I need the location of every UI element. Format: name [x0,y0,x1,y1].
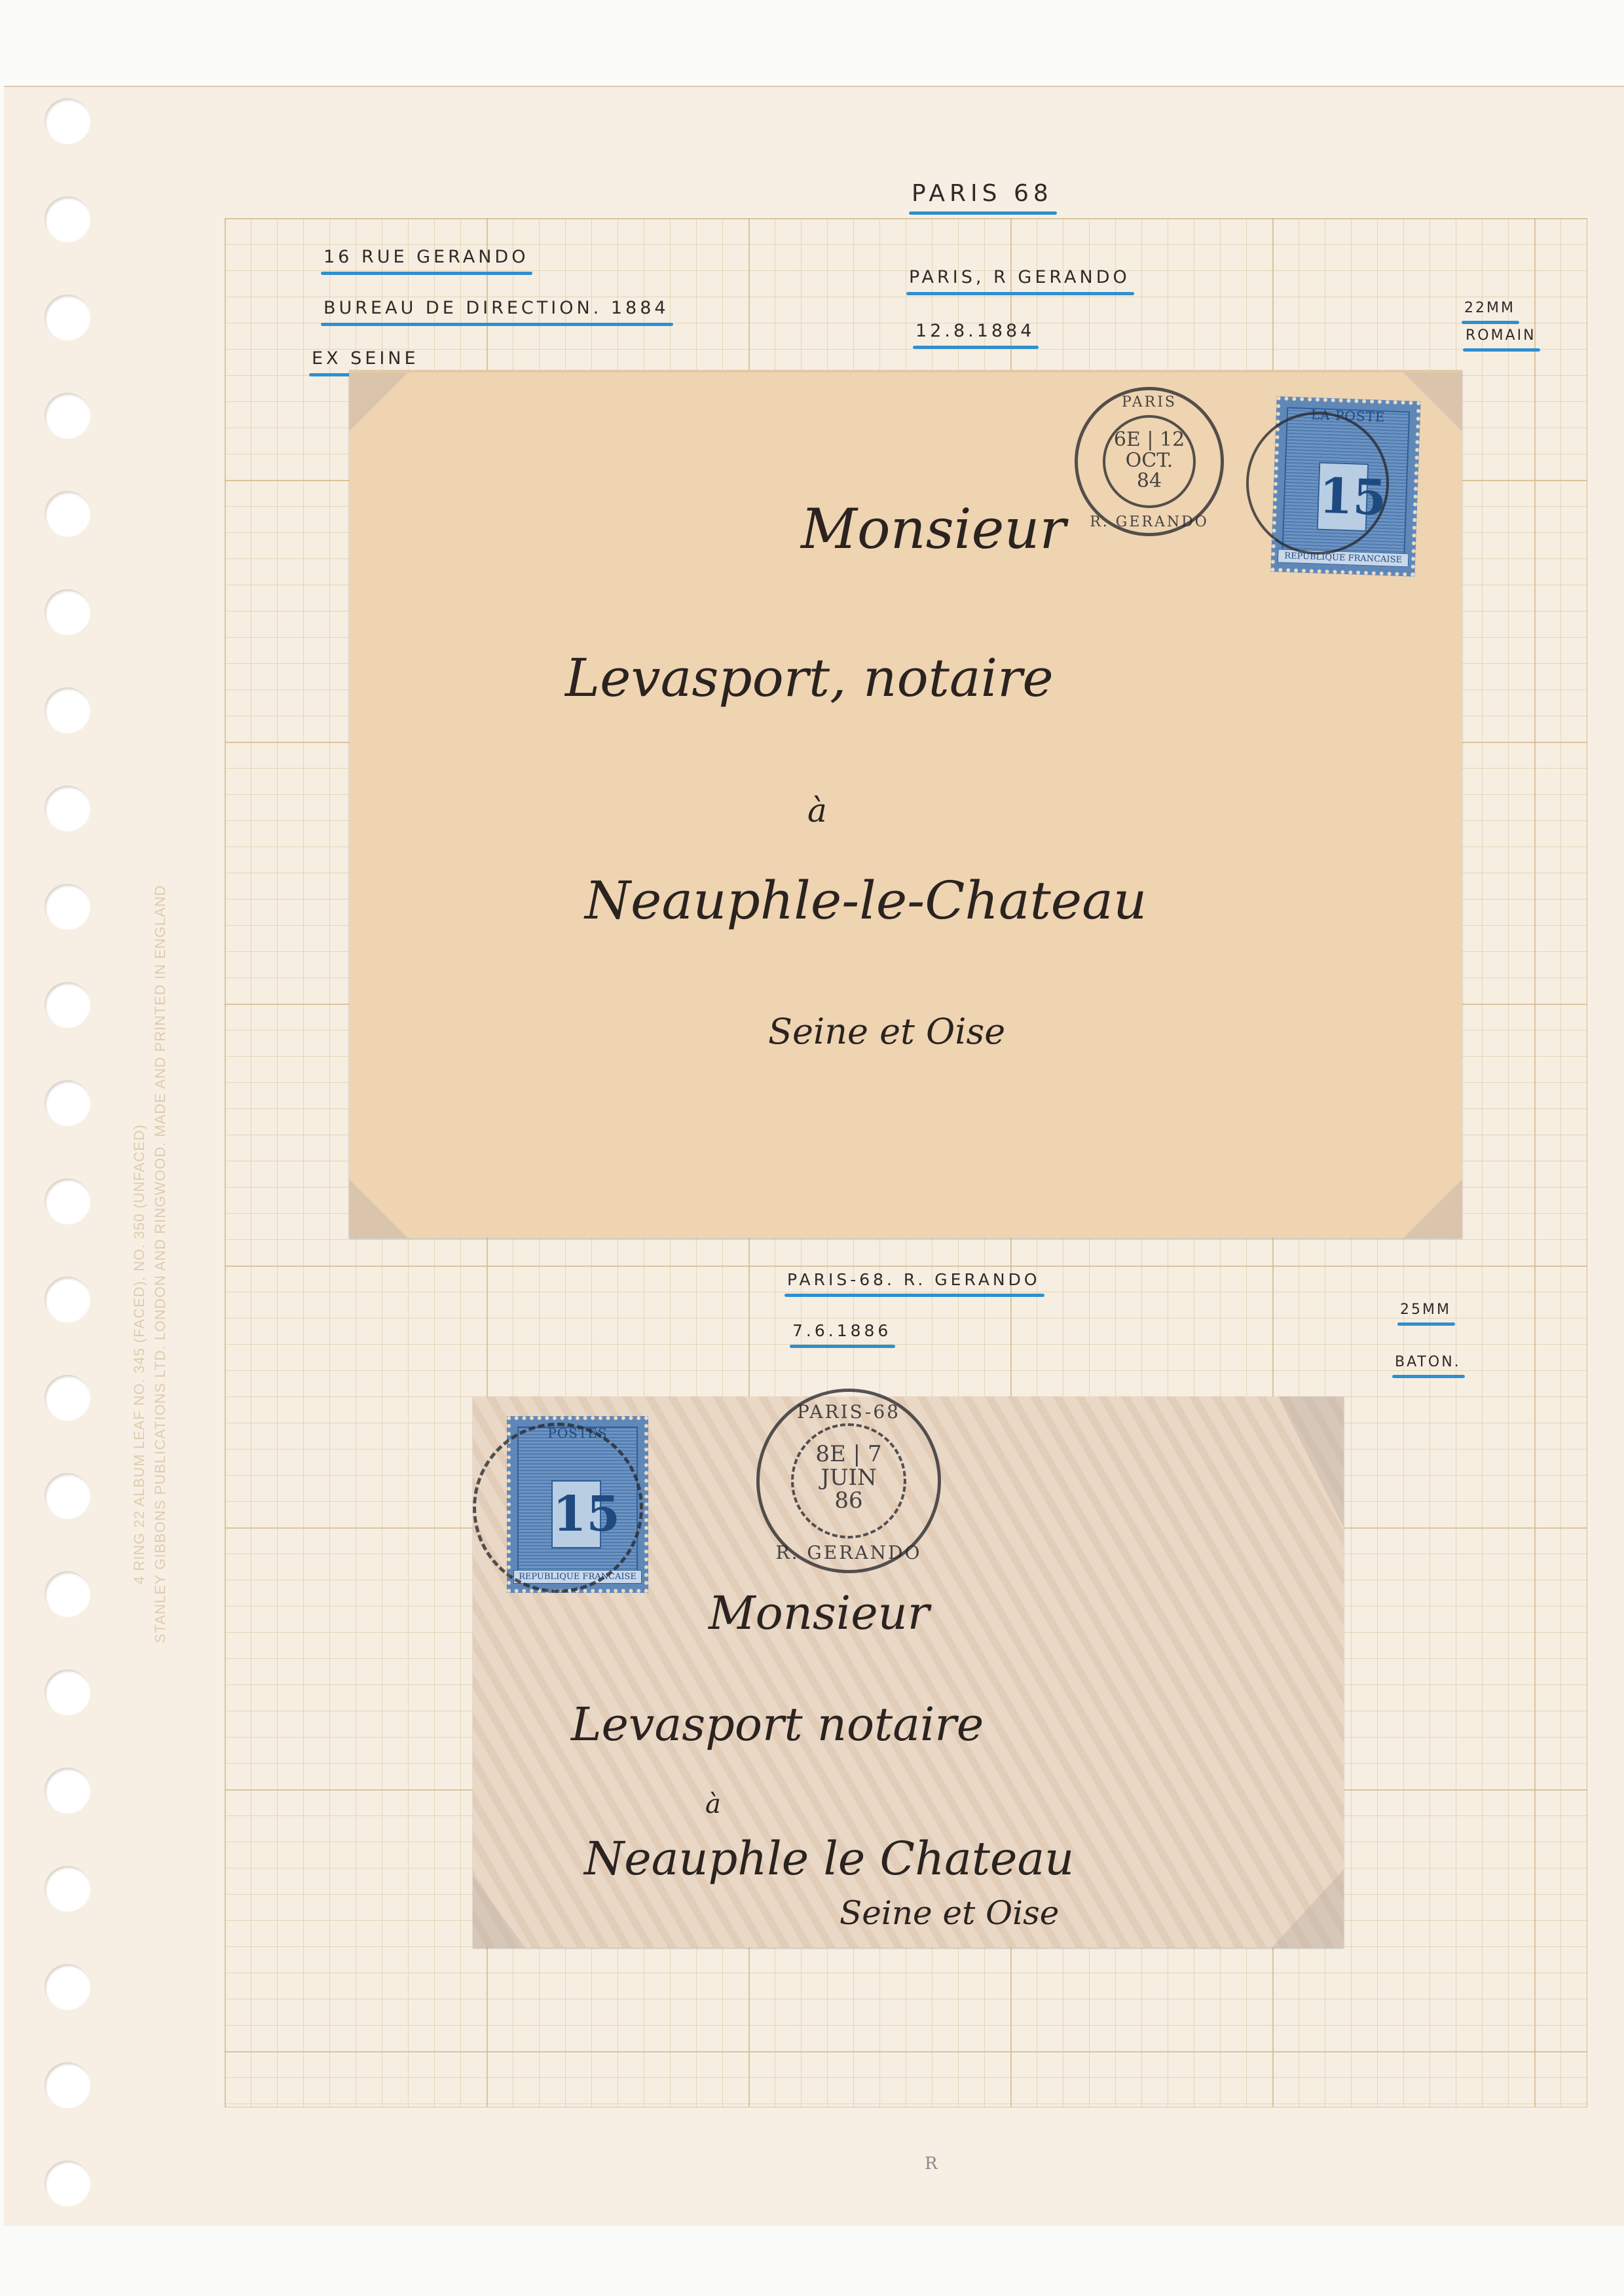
photo-corner [473,1876,525,1948]
cover-2-envelope[interactable]: PARIS-68 8E | 7 JUIN 86 R. GERANDO POSTE… [473,1396,1344,1948]
cover2-date: 7.6.1886 [792,1321,891,1345]
binder-hole [45,2160,90,2206]
postmark-month: JUIN [760,1467,938,1490]
photo-corner [349,373,408,431]
underline [1397,1322,1455,1326]
underline [321,323,673,326]
cover-1-postmark: PARIS 6E | 12 OCT. 84 R. GERANDO [1075,387,1224,536]
binder-hole [45,491,90,537]
binder-hole [45,1473,90,1519]
binder-hole [45,2062,90,2108]
cover2-postmark-text: PARIS-68. R. GERANDO [787,1270,1041,1294]
cover2-size: 25MM [1400,1302,1451,1323]
binder-hole [45,1866,90,1912]
postmark-year: 84 [1078,471,1221,492]
cover2-date-value: 7.6.1886 [792,1321,891,1340]
underline [784,1294,1044,1297]
binder-hole [45,98,90,144]
address-line: Levasport notaire [571,1698,984,1751]
binder-hole [45,196,90,242]
address-line: Neauphle-le-Chateau [585,870,1147,931]
binder-hole [45,393,90,439]
page-title: PARIS 68 [912,180,1053,212]
cover2-type-value: BATON. [1395,1354,1461,1370]
postmark-top-text: PARIS [1078,394,1221,410]
heading-address-text: 16 RUE GERANDO [323,247,528,267]
binder-hole [45,1964,90,2010]
binder-hole [45,1669,90,1715]
binder-hole [45,982,90,1028]
cover1-postmark-text-value: PARIS, R GERANDO [909,267,1130,287]
cover1-type-value: ROMAIN [1466,327,1536,344]
cover-1-stamp-cancel [1246,412,1389,555]
address-line: Seine et Oise [768,1011,1005,1052]
binder-hole [45,1080,90,1126]
heading-office-type-text: BUREAU DE DIRECTION. 1884 [323,298,669,318]
cover2-size-value: 25MM [1400,1302,1451,1318]
cover2-type: BATON. [1395,1354,1461,1376]
address-line: Seine et Oise [840,1894,1059,1932]
cover1-type: ROMAIN [1466,327,1536,349]
address-line: Monsieur [801,497,1066,561]
underline [909,211,1057,215]
underline [321,272,532,275]
underline [906,292,1134,295]
binder-hole [45,1375,90,1421]
heading-office-type: BUREAU DE DIRECTION. 1884 [323,298,669,323]
binder-hole [45,1178,90,1224]
binder-hole [45,687,90,733]
photo-corner [1403,1179,1462,1238]
postmark-day: 7 [868,1441,882,1467]
binder-hole [45,1277,90,1322]
underline [913,346,1039,349]
cover-2-stamp-cancel [473,1423,643,1593]
cover-2-postmark: PARIS-68 8E | 7 JUIN 86 R. GERANDO [756,1389,941,1573]
margin-print-line-1: 4 Ring 22 Album Leaf No. 345 (Faced), No… [131,1124,148,1584]
binder-hole [45,589,90,635]
heading-origin-text: EX SEINE [312,348,419,369]
underline [1463,348,1540,352]
postmark-date: 8E | 7 JUIN 86 [760,1443,938,1513]
pencil-note: R [925,2154,938,2174]
postmark-hour: 6E [1114,428,1141,451]
postmark-year: 86 [760,1489,938,1513]
underline [790,1345,895,1348]
address-line: Monsieur [709,1586,929,1640]
postmark-top-text: PARIS-68 [760,1401,938,1423]
binder-hole [45,786,90,831]
cover2-postmark-text-value: PARIS-68. R. GERANDO [787,1270,1041,1289]
address-line: Neauphle le Chateau [584,1832,1074,1886]
underline [1392,1375,1465,1378]
postmark-day: 12 [1160,428,1185,451]
binder-hole [45,1768,90,1813]
cover1-postmark-text: PARIS, R GERANDO [909,267,1130,293]
address-line: à [807,792,827,829]
postmark-date: 6E | 12 OCT. 84 [1078,429,1221,492]
address-line: Levasport, notaire [565,647,1054,708]
postmark-bottom-text: R. GERANDO [1078,514,1221,530]
photo-corner [1278,1396,1344,1527]
address-line: à [705,1789,721,1819]
cover-1-envelope[interactable]: PARIS 6E | 12 OCT. 84 R. GERANDO LA POST… [349,370,1462,1238]
binder-hole [45,295,90,340]
binder-hole [45,884,90,930]
heading-address: 16 RUE GERANDO [323,247,528,272]
cover1-date: 12.8.1884 [915,321,1035,346]
page-title-text: PARIS 68 [912,180,1053,207]
binder-hole [45,1571,90,1617]
photo-corner [1272,1869,1344,1948]
photo-corner [349,1179,408,1238]
margin-print-line-2: Stanley Gibbons Publications Ltd. London… [152,884,169,1643]
cover1-date-value: 12.8.1884 [915,321,1035,341]
postmark-bottom-text: R. GERANDO [760,1542,938,1563]
postmark-hour: 8E [815,1441,845,1467]
cover1-size-value: 22MM [1464,300,1515,316]
postmark-month: OCT. [1078,450,1221,471]
underline [1462,321,1519,324]
cover1-size: 22MM [1464,300,1515,321]
